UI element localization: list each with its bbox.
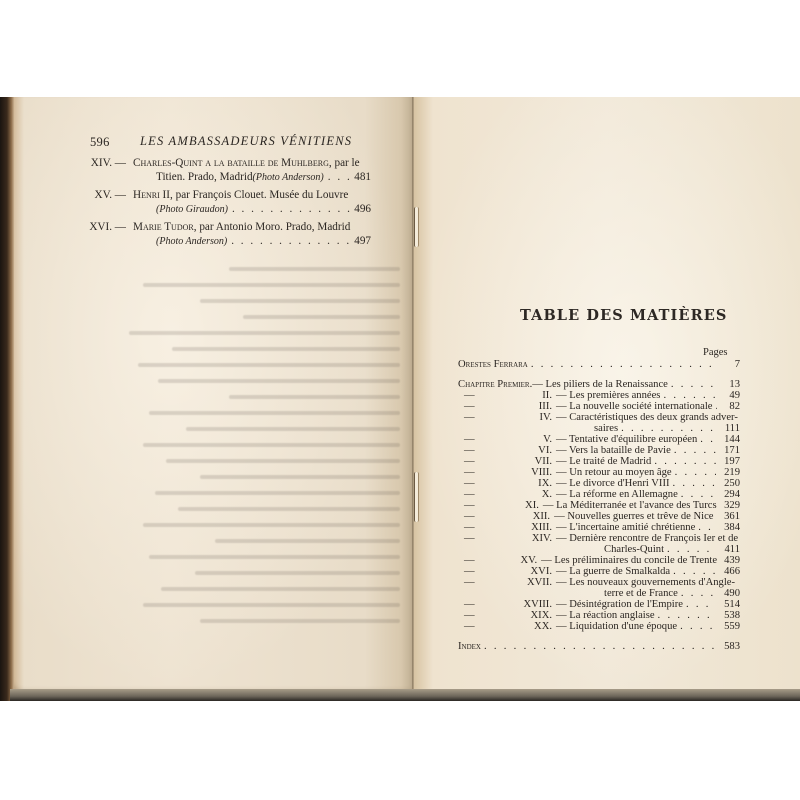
chapter-numeral: XVI. bbox=[492, 566, 556, 577]
ditto-dash: — bbox=[458, 412, 492, 423]
ditto-dash: — bbox=[458, 489, 492, 500]
leader-dots: . . . . . . . . . . . . . . . . . . . . … bbox=[663, 390, 716, 401]
plate-line: Titien. Prado, Madrid (Photo Anderson). … bbox=[88, 171, 371, 185]
chapter-title-continuation: Charles-Quint bbox=[601, 544, 664, 555]
toc-page-number: 411 bbox=[716, 544, 740, 555]
toc-entry-label: Index bbox=[458, 641, 481, 652]
chapter-title: — La réaction anglaise bbox=[556, 610, 655, 621]
binding-thread bbox=[414, 472, 419, 522]
plates-list: XIV. —Charles-Quint a la bataille de Muh… bbox=[88, 157, 371, 253]
chapter-numeral: V. bbox=[492, 434, 556, 445]
plate-entry: XV. —Henri II, par François Clouet. Musé… bbox=[88, 189, 371, 216]
chapter-numeral: XIX. bbox=[492, 610, 556, 621]
chapter-title: — Tentative d'équilibre européen bbox=[556, 434, 697, 445]
chapter-title: — Le divorce d'Henri VIII bbox=[556, 478, 670, 489]
toc-page-number: 111 bbox=[716, 423, 740, 434]
chapter-label: Chapitre Premier. bbox=[458, 379, 532, 390]
spacer bbox=[458, 632, 740, 641]
chapter-numeral: VI. bbox=[492, 445, 556, 456]
toc-page-number: 559 bbox=[716, 621, 740, 632]
ditto-dash: — bbox=[458, 456, 492, 467]
toc-entry: —IV.— Caractéristiques des deux grands a… bbox=[458, 412, 740, 423]
toc-entry: —VI.— Vers la bataille de Pavie. . . . .… bbox=[458, 445, 740, 456]
plate-description: , par le bbox=[329, 157, 360, 169]
ditto-dash: — bbox=[458, 511, 491, 522]
ditto-dash: — bbox=[458, 621, 492, 632]
ditto-dash: — bbox=[458, 577, 492, 588]
toc-entry: —XX.— Liquidation d'une époque. . . . . … bbox=[458, 621, 740, 632]
chapter-numeral: X. bbox=[492, 489, 556, 500]
plate-line: XV. —Henri II, par François Clouet. Musé… bbox=[88, 189, 371, 203]
toc-entry: —XIII.— L'incertaine amitié chrétienne. … bbox=[458, 522, 740, 533]
toc-page-number: 384 bbox=[716, 522, 740, 533]
toc-entry: Index. . . . . . . . . . . . . . . . . .… bbox=[458, 641, 740, 652]
chapter-title: — Dernière rencontre de François Ier et … bbox=[556, 533, 738, 544]
toc-page-number: 466 bbox=[716, 566, 740, 577]
leader-dots: . . . . . . . . . . . . . . . . . . . . … bbox=[531, 359, 716, 370]
toc-entry: —XV.— Les préliminaires du concile de Tr… bbox=[458, 555, 740, 566]
chapter-title: — Les préliminaires du concile de Trente bbox=[541, 555, 717, 566]
toc-page-number: 7 bbox=[716, 359, 740, 370]
chapter-numeral: XIV. bbox=[492, 533, 556, 544]
leader-dots: . . . . . . . . . . . . . . . . . . . . … bbox=[698, 522, 716, 533]
toc-page-number: 219 bbox=[716, 467, 740, 478]
toc-entry: —IX.— Le divorce d'Henri VIII. . . . . .… bbox=[458, 478, 740, 489]
toc-page-number: 294 bbox=[716, 489, 740, 500]
chapter-numeral: XI. bbox=[488, 500, 543, 511]
chapter-title: — Les premières années bbox=[556, 390, 660, 401]
leader-dots: . . . . . . . . . . . . . . . . . . . . … bbox=[700, 434, 716, 445]
plate-page: 497 bbox=[354, 235, 371, 249]
chapter-title: — La guerre de Smalkalda bbox=[556, 566, 670, 577]
leader-dots: . . . . . . . . . . . . . . . . . . . . … bbox=[484, 641, 716, 652]
toc-page-number: 250 bbox=[716, 478, 740, 489]
ditto-dash: — bbox=[458, 522, 492, 533]
toc-entry-label: Orestes Ferrara bbox=[458, 359, 528, 370]
toc-entry-continuation: —terre et de France. . . . . . . . . . .… bbox=[458, 588, 740, 599]
photo-credit: (Photo Anderson) bbox=[253, 171, 324, 185]
toc-page-number: 13 bbox=[716, 379, 740, 390]
ditto-dash: — bbox=[458, 610, 492, 621]
toc-entry: Orestes Ferrara. . . . . . . . . . . . .… bbox=[458, 359, 740, 370]
leader-dots: . . . . . . . . . . . . . . . . . . . . … bbox=[686, 599, 716, 610]
plate-description: , par Antonio Moro. Prado, Madrid bbox=[194, 221, 351, 233]
toc-entry: —XIV.— Dernière rencontre de François Ie… bbox=[458, 533, 740, 544]
chapter-title: — Le traité de Madrid bbox=[556, 456, 651, 467]
leader-dots: . . . . . . . . . . . . . . . . . . . . … bbox=[675, 467, 716, 478]
leader-dots: . . . . . . . . . . . . . . . . . . . . … bbox=[681, 489, 716, 500]
toc-entry: —II.— Les premières années. . . . . . . … bbox=[458, 390, 740, 401]
toc-entry: —XVI.— La guerre de Smalkalda. . . . . .… bbox=[458, 566, 740, 577]
toc-entry: —VIII.— Un retour au moyen âge. . . . . … bbox=[458, 467, 740, 478]
spacer bbox=[458, 370, 740, 379]
leader-dots: . . . . . . . . . . . . . . . . . . . . … bbox=[680, 621, 716, 632]
chapter-numeral: XVII. bbox=[492, 577, 556, 588]
photo-credit: (Photo Anderson) bbox=[156, 235, 227, 249]
plate-line: XIV. —Charles-Quint a la bataille de Muh… bbox=[88, 157, 371, 171]
toc-page-number: 82 bbox=[716, 401, 740, 412]
chapter-numeral: XV. bbox=[487, 555, 541, 566]
ditto-dash: — bbox=[458, 401, 492, 412]
leader-dots: . . . . . . . . . . . . . . . . . . . . … bbox=[667, 544, 716, 555]
toc-entry-continuation: —Charles-Quint. . . . . . . . . . . . . … bbox=[458, 544, 740, 555]
toc-page-number: 514 bbox=[716, 599, 740, 610]
table-of-contents: Orestes Ferrara. . . . . . . . . . . . .… bbox=[458, 359, 740, 652]
chapter-title: — Nouvelles guerres et trêve de Nice bbox=[554, 511, 713, 522]
chapter-numeral: XIII. bbox=[492, 522, 556, 533]
ditto-dash: — bbox=[458, 500, 488, 511]
ditto-dash: — bbox=[458, 445, 492, 456]
plate-numeral: XIV. — bbox=[91, 157, 126, 171]
photo-credit: (Photo Giraudon) bbox=[156, 203, 228, 217]
plate-numeral: XV. — bbox=[95, 189, 127, 203]
leader-dots: . . . . . . . . . . . . . . . . . . . . … bbox=[671, 379, 716, 390]
toc-page-number: 197 bbox=[716, 456, 740, 467]
toc-page-number: 361 bbox=[717, 511, 740, 522]
chapter-title: — La nouvelle société internationale bbox=[556, 401, 713, 412]
chapter-numeral: II. bbox=[492, 390, 556, 401]
ditto-dash: — bbox=[458, 566, 492, 577]
toc-entry: —XI.— La Méditerranée et l'avance des Tu… bbox=[458, 500, 740, 511]
page-bottom-edge bbox=[10, 689, 800, 701]
chapter-numeral: III. bbox=[492, 401, 556, 412]
toc-page-number: 329 bbox=[720, 500, 740, 511]
running-title: LES AMBASSADEURS VÉNITIENS bbox=[140, 134, 352, 149]
page-edge-shadow bbox=[0, 97, 14, 701]
chapter-numeral: IX. bbox=[492, 478, 556, 489]
leader-dots: . . . . . . . . . . . . . . . . . . . . … bbox=[328, 171, 350, 185]
page-number: 596 bbox=[90, 135, 110, 150]
toc-title: TABLE DES MATIÈRES bbox=[520, 307, 740, 324]
toc-entry: —XVIII.— Désintégration de l'Empire. . .… bbox=[458, 599, 740, 610]
toc-entry: Chapitre Premier. — Les piliers de la Re… bbox=[458, 379, 740, 390]
leader-dots: . . . . . . . . . . . . . . . . . . . . … bbox=[674, 445, 716, 456]
plate-description: Titien. Prado, Madrid bbox=[156, 171, 253, 185]
book-spread: 596 LES AMBASSADEURS VÉNITIENS XIV. —Cha… bbox=[0, 97, 800, 701]
ditto-dash: — bbox=[458, 390, 492, 401]
chapter-numeral: XII. bbox=[491, 511, 554, 522]
plate-entry: XVI. —Marie Tudor, par Antonio Moro. Pra… bbox=[88, 221, 371, 248]
leader-dots: . . . . . . . . . . . . . . . . . . . . … bbox=[621, 423, 716, 434]
chapter-title: — La réforme en Allemagne bbox=[556, 489, 678, 500]
plate-numeral: XVI. — bbox=[89, 221, 126, 235]
leader-dots: . . . . . . . . . . . . . . . . . . . . … bbox=[681, 588, 716, 599]
toc-page-number: 439 bbox=[720, 555, 740, 566]
bleed-through-texture bbox=[115, 257, 400, 635]
chapter-title-continuation: terre et de France bbox=[601, 588, 678, 599]
chapter-numeral: VII. bbox=[492, 456, 556, 467]
chapter-numeral: XX. bbox=[492, 621, 556, 632]
toc-entry: —XIX.— La réaction anglaise. . . . . . .… bbox=[458, 610, 740, 621]
chapter-title: — Les nouveaux gouvernements d'Angle- bbox=[556, 577, 735, 588]
chapter-title: — Un retour au moyen âge bbox=[556, 467, 672, 478]
chapter-title: — Liquidation d'une époque bbox=[556, 621, 677, 632]
plate-page: 496 bbox=[354, 203, 371, 217]
book-gutter bbox=[412, 97, 414, 697]
toc-entry: —VII.— Le traité de Madrid. . . . . . . … bbox=[458, 456, 740, 467]
toc-entry: —X.— La réforme en Allemagne. . . . . . … bbox=[458, 489, 740, 500]
toc-page-number: 583 bbox=[716, 641, 740, 652]
chapter-numeral: VIII. bbox=[492, 467, 556, 478]
toc-entry: —V.— Tentative d'équilibre européen. . .… bbox=[458, 434, 740, 445]
plate-line: (Photo Giraudon). . . . . . . . . . . . … bbox=[88, 203, 371, 217]
plate-page: 481 bbox=[354, 171, 371, 185]
chapter-title-continuation: saires bbox=[591, 423, 618, 434]
toc-page-number: 171 bbox=[716, 445, 740, 456]
toc-page-number: 144 bbox=[716, 434, 740, 445]
toc-page-number: 538 bbox=[716, 610, 740, 621]
chapter-title: — Désintégration de l'Empire bbox=[556, 599, 683, 610]
binding-thread bbox=[414, 207, 419, 247]
toc-page-number: 490 bbox=[716, 588, 740, 599]
ditto-dash: — bbox=[458, 478, 492, 489]
plate-entry: XIV. —Charles-Quint a la bataille de Muh… bbox=[88, 157, 371, 184]
plate-title: Henri II bbox=[133, 189, 170, 201]
plate-title: Charles-Quint a la bataille de Muhlberg bbox=[133, 157, 329, 169]
toc-entry-continuation: —saires. . . . . . . . . . . . . . . . .… bbox=[458, 423, 740, 434]
toc-entry: —III.— La nouvelle société international… bbox=[458, 401, 740, 412]
ditto-dash: — bbox=[458, 555, 487, 566]
chapter-title: — L'incertaine amitié chrétienne bbox=[556, 522, 695, 533]
plate-line: XVI. —Marie Tudor, par Antonio Moro. Pra… bbox=[88, 221, 371, 235]
chapter-numeral: XVIII. bbox=[492, 599, 556, 610]
ditto-dash: — bbox=[458, 533, 492, 544]
leader-dots: . . . . . . . . . . . . . . . . . . . . … bbox=[232, 203, 350, 217]
toc-entry: —XII.— Nouvelles guerres et trêve de Nic… bbox=[458, 511, 740, 522]
chapter-title: — Caractéristiques des deux grands adver… bbox=[556, 412, 738, 423]
pages-column-label: Pages bbox=[703, 347, 728, 358]
leader-dots: . . . . . . . . . . . . . . . . . . . . … bbox=[658, 610, 716, 621]
ditto-dash: — bbox=[458, 434, 492, 445]
toc-page-number: 49 bbox=[716, 390, 740, 401]
plate-line: (Photo Anderson). . . . . . . . . . . . … bbox=[88, 235, 371, 249]
leader-dots: . . . . . . . . . . . . . . . . . . . . … bbox=[673, 566, 716, 577]
ditto-dash: — bbox=[458, 599, 492, 610]
chapter-title: — Les piliers de la Renaissance bbox=[532, 379, 668, 390]
chapter-title: — La Méditerranée et l'avance des Turcs bbox=[543, 500, 717, 511]
leader-dots: . . . . . . . . . . . . . . . . . . . . … bbox=[231, 235, 350, 249]
plate-description: , par François Clouet. Musée du Louvre bbox=[170, 189, 348, 201]
leader-dots: . . . . . . . . . . . . . . . . . . . . … bbox=[654, 456, 716, 467]
chapter-numeral: IV. bbox=[492, 412, 556, 423]
toc-entry: —XVII.— Les nouveaux gouvernements d'Ang… bbox=[458, 577, 740, 588]
ditto-dash: — bbox=[458, 467, 492, 478]
chapter-title: — Vers la bataille de Pavie bbox=[556, 445, 671, 456]
leader-dots: . . . . . . . . . . . . . . . . . . . . … bbox=[673, 478, 717, 489]
plate-title: Marie Tudor bbox=[133, 221, 194, 233]
